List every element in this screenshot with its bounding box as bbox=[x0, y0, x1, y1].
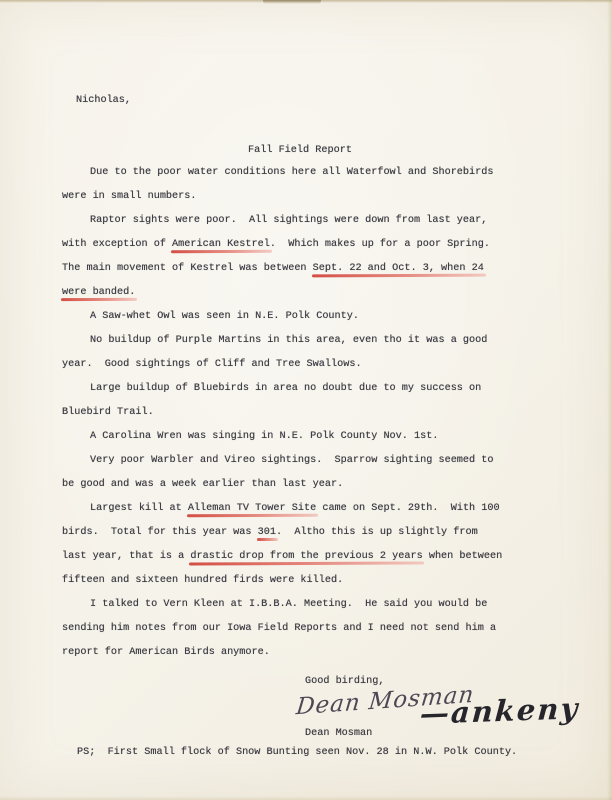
letter-text-segment: were in small numbers. bbox=[62, 191, 197, 202]
letter-text-segment: when between bbox=[423, 551, 502, 562]
letter-text-segment: . Altho this is up slightly from bbox=[276, 527, 478, 538]
letter-text-segment: Large buildup of Bluebirds in area no do… bbox=[90, 383, 481, 394]
letter-line: I talked to Vern Kleen at I.B.B.A. Meeti… bbox=[62, 593, 542, 617]
letter-text-segment: Very poor Warbler and Vireo sightings. S… bbox=[90, 455, 494, 466]
letter-text-segment: with exception of bbox=[62, 239, 172, 250]
letter-title: Fall Field Report bbox=[248, 139, 352, 163]
handwritten-annotation-ankeny: —ankeny bbox=[419, 691, 581, 731]
red-underlined-text: Alleman TV Tower Site bbox=[188, 497, 316, 521]
red-underlined-text: drastic drop from the previous 2 years bbox=[190, 545, 422, 569]
letter-text-segment: . Which makes up for a poor Spring. bbox=[270, 239, 490, 250]
letter-line: with exception of American Kestrel. Whic… bbox=[62, 233, 542, 257]
letter-text-segment: report for American Birds anymore. bbox=[62, 647, 270, 658]
letter-line: Very poor Warbler and Vireo sightings. S… bbox=[62, 449, 542, 473]
letter-body: Due to the poor water conditions here al… bbox=[62, 161, 542, 665]
letter-line: birds. Total for this year was 301. Alth… bbox=[62, 521, 542, 545]
letter-text-segment: A Carolina Wren was singing in N.E. Polk… bbox=[90, 431, 438, 442]
letter-line: Bluebird Trail. bbox=[62, 401, 542, 425]
salutation: Nicholas, bbox=[76, 89, 131, 113]
letter-line: The main movement of Kestrel was between… bbox=[62, 257, 542, 281]
letter-line: sending him notes from our Iowa Field Re… bbox=[62, 617, 542, 641]
red-underlined-text: were banded. bbox=[62, 281, 135, 305]
letter-line: Due to the poor water conditions here al… bbox=[62, 161, 542, 185]
postscript-line: PS; First Small flock of Snow Bunting se… bbox=[77, 741, 517, 765]
letter-text-segment: I talked to Vern Kleen at I.B.B.A. Meeti… bbox=[90, 599, 487, 610]
letter-text-segment: be good and was a week earlier than last… bbox=[62, 479, 343, 490]
letter-text-segment: Raptor sights were poor. All sightings w… bbox=[90, 215, 487, 226]
letter-line: last year, that is a drastic drop from t… bbox=[62, 545, 542, 569]
scan-right-edge-artifact bbox=[607, 0, 612, 800]
scan-bottom-edge-artifact bbox=[0, 796, 612, 800]
letter-text-segment: Largest kill at bbox=[90, 503, 188, 514]
letter-line: Largest kill at Alleman TV Tower Site ca… bbox=[62, 497, 542, 521]
letter-line: year. Good sightings of Cliff and Tree S… bbox=[62, 353, 542, 377]
scan-top-smudge-artifact bbox=[263, 0, 321, 4]
red-underlined-text: Sept. 22 and Oct. 3, when 24 bbox=[313, 257, 484, 281]
letter-text-segment: A Saw-whet Owl was seen in N.E. Polk Cou… bbox=[90, 311, 359, 322]
letter-line: Raptor sights were poor. All sightings w… bbox=[62, 209, 542, 233]
letter-line: No buildup of Purple Martins in this are… bbox=[62, 329, 542, 353]
letter-line: be good and was a week earlier than last… bbox=[62, 473, 542, 497]
letter-text-segment: fifteen and sixteen hundred firds were k… bbox=[62, 575, 343, 586]
letter-line: A Saw-whet Owl was seen in N.E. Polk Cou… bbox=[62, 305, 542, 329]
letter-line: A Carolina Wren was singing in N.E. Polk… bbox=[62, 425, 542, 449]
letter-text-segment: sending him notes from our Iowa Field Re… bbox=[62, 623, 496, 634]
letter-line: Large buildup of Bluebirds in area no do… bbox=[62, 377, 542, 401]
letter-text-segment: year. Good sightings of Cliff and Tree S… bbox=[62, 359, 362, 370]
letter-text-segment: birds. Total for this year was bbox=[62, 527, 258, 538]
letter-text-segment: Bluebird Trail. bbox=[62, 407, 154, 418]
red-underlined-text: American Kestrel bbox=[172, 233, 270, 257]
red-underlined-text: 301 bbox=[258, 521, 276, 545]
letter-line: were banded. bbox=[62, 281, 542, 305]
letter-text-segment: The main movement of Kestrel was between bbox=[62, 263, 313, 274]
letter-text-segment: No buildup of Purple Martins in this are… bbox=[90, 335, 487, 346]
letter-line: fifteen and sixteen hundred firds were k… bbox=[62, 569, 542, 593]
letter-text-segment: last year, that is a bbox=[62, 551, 190, 562]
scanned-letter-page: Nicholas, Fall Field Report Due to the p… bbox=[0, 0, 612, 800]
letter-line: report for American Birds anymore. bbox=[62, 641, 542, 665]
letter-text-segment: Due to the poor water conditions here al… bbox=[90, 167, 494, 178]
letter-line: were in small numbers. bbox=[62, 185, 542, 209]
letter-text-segment: came on Sept. 29th. With 100 bbox=[316, 503, 499, 514]
